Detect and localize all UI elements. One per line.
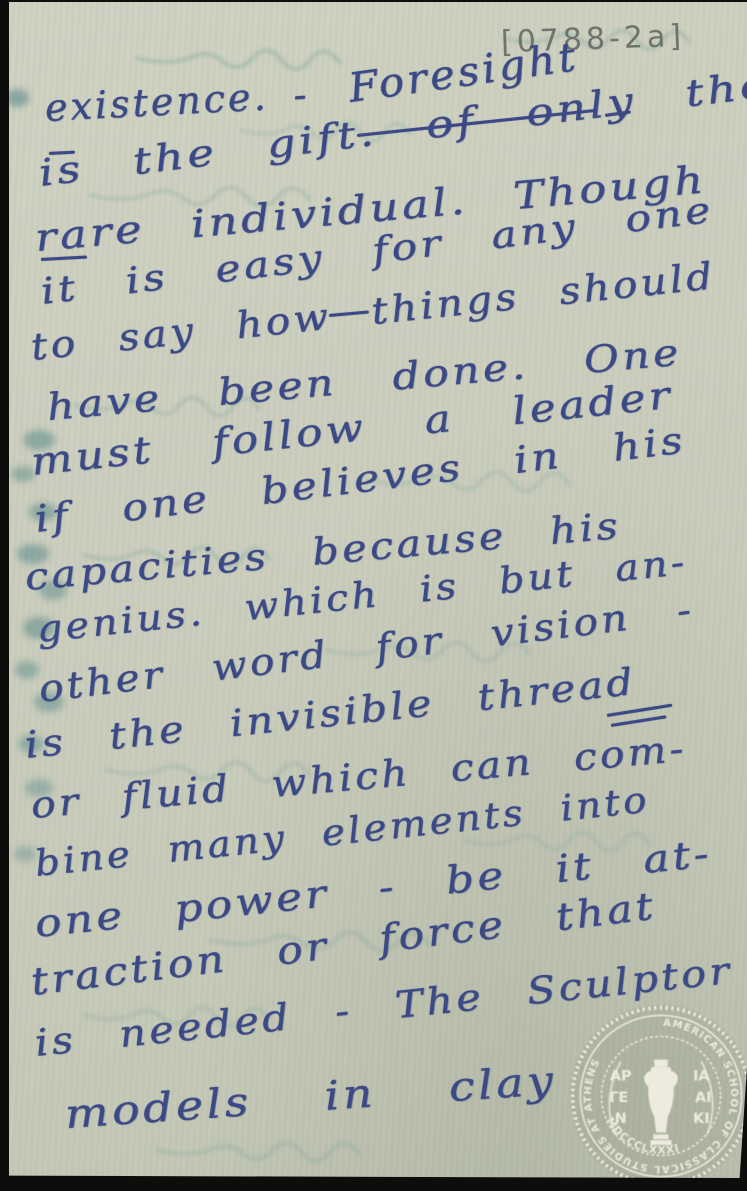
manuscript-page: AMERICAN SCHOOL OF CLASSICAL STUDIES AT … xyxy=(9,2,747,1178)
handwriting-line: models in clay xyxy=(63,1058,557,1138)
seal-letters: ΑΡ xyxy=(610,1069,632,1085)
scanned-photo: AMERICAN SCHOOL OF CLASSICAL STUDIES AT … xyxy=(0,0,747,1191)
embossed-seal: AMERICAN SCHOOL OF CLASSICAL STUDIES AT … xyxy=(565,996,747,1191)
seal-letters: ΓΕ xyxy=(609,1090,628,1106)
seal-letters: ΙΑ xyxy=(693,1069,710,1085)
ink-underline-vision xyxy=(611,715,667,727)
handwriting-line: existence. - xyxy=(44,72,311,130)
seal-letters: ΑΙ xyxy=(695,1090,712,1106)
seal-letters: ΚΙ xyxy=(693,1111,710,1127)
